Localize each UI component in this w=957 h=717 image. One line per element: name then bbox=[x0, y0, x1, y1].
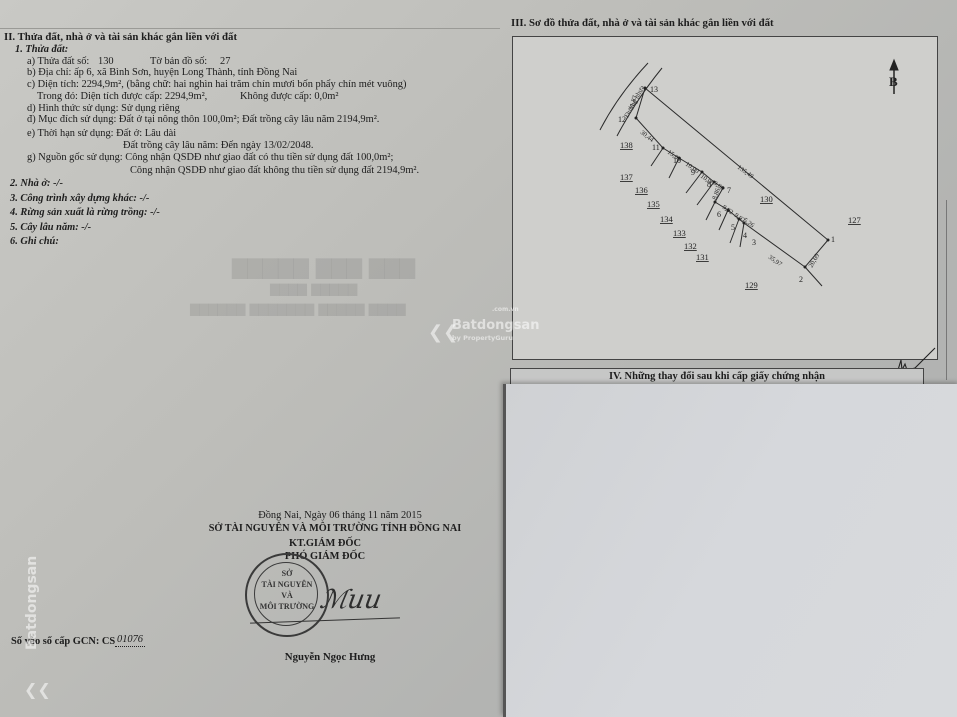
watermark-brand-vertical: Batdongsan bbox=[24, 556, 40, 650]
svg-text:12: 12 bbox=[618, 115, 626, 124]
svg-text:7: 7 bbox=[727, 186, 731, 195]
svg-text:133: 133 bbox=[673, 228, 686, 238]
svg-text:130: 130 bbox=[760, 194, 773, 204]
watermark-logo-icon: ❮❮ bbox=[24, 680, 51, 699]
overlapping-blank-sheet bbox=[503, 384, 957, 717]
svg-text:138: 138 bbox=[620, 140, 633, 150]
svg-text:135: 135 bbox=[647, 199, 660, 209]
page-edge bbox=[946, 200, 947, 380]
svg-text:134: 134 bbox=[660, 214, 674, 224]
svg-text:129: 129 bbox=[745, 280, 758, 290]
svg-text:2: 2 bbox=[799, 275, 803, 284]
svg-text:9,92: 9,92 bbox=[721, 204, 734, 216]
watermark-logo-icon: ❮❮ bbox=[428, 322, 458, 343]
svg-text:131: 131 bbox=[696, 252, 709, 262]
svg-text:6: 6 bbox=[717, 210, 721, 219]
svg-text:13: 13 bbox=[650, 85, 658, 94]
svg-text:35,97: 35,97 bbox=[767, 254, 784, 269]
svg-text:3: 3 bbox=[752, 238, 756, 247]
svg-text:5,26: 5,26 bbox=[742, 217, 756, 230]
svg-text:127: 127 bbox=[848, 215, 861, 225]
svg-text:137: 137 bbox=[620, 172, 633, 182]
svg-text:5: 5 bbox=[731, 223, 735, 232]
svg-text:132: 132 bbox=[684, 241, 697, 251]
watermark-tagline: by PropertyGuru bbox=[452, 334, 513, 342]
svg-text:30,44: 30,44 bbox=[639, 129, 656, 144]
svg-text:135,49: 135,49 bbox=[736, 164, 755, 181]
watermark-brand: Batdongsan bbox=[452, 318, 539, 333]
svg-text:11: 11 bbox=[652, 143, 660, 152]
svg-text:20,69: 20,69 bbox=[808, 252, 822, 269]
svg-text:B: B bbox=[889, 74, 898, 89]
watermark-domain: .com.vn bbox=[492, 306, 519, 313]
svg-text:1: 1 bbox=[831, 235, 835, 244]
svg-text:4: 4 bbox=[743, 231, 747, 240]
svg-text:136: 136 bbox=[635, 185, 648, 195]
section-iv-title: IV. Những thay đổi sau khi cấp giấy chứn… bbox=[511, 371, 923, 382]
